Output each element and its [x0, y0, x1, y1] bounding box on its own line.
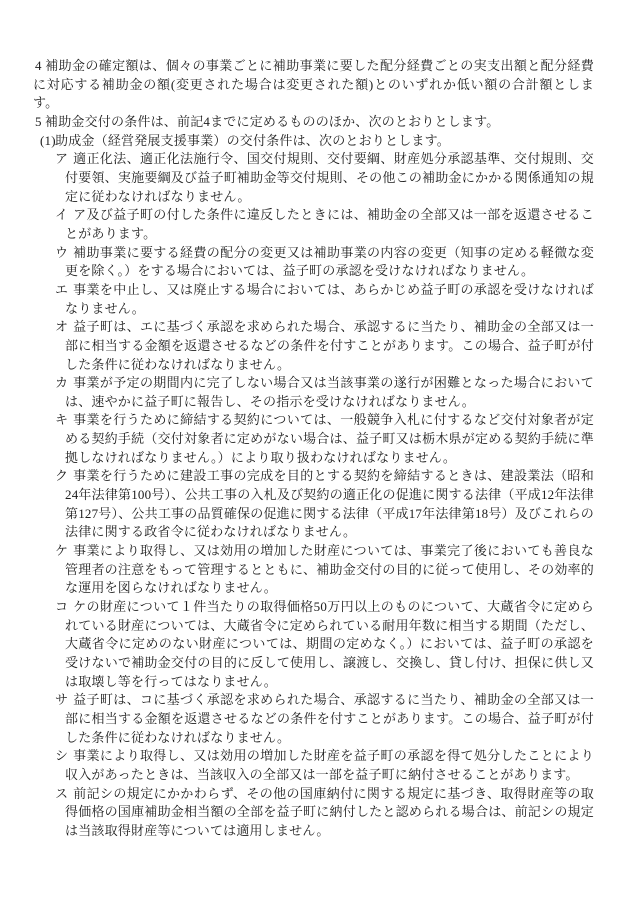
- item-text: 補助金の確定額は、個々の事業ごとに補助事業に要した配分経費ごとの実支出額と配分経…: [33, 58, 594, 110]
- item-marker: (1): [40, 132, 55, 151]
- list-item-i: イア及び益子町の付した条件に違反したときには、補助金の全部又は一部を返還させるこ…: [0, 206, 594, 243]
- list-item-1-paren: (1)助成金（経営発展支援事業）の交付条件は、次のとおりとします。: [0, 132, 594, 151]
- item-marker: シ: [55, 747, 73, 766]
- list-item-4: 4補助金の確定額は、個々の事業ごとに補助事業に要した配分経費ごとの実支出額と配分…: [0, 57, 594, 113]
- list-item-a: ア適正化法、適正化法施行令、国交付規則、交付要綱、財産処分承認基準、交付規則、交…: [0, 150, 594, 206]
- list-item-ka: カ事業が予定の期間内に完了しない場合又は当該事業の遂行が困難となった場合において…: [0, 374, 594, 411]
- item-text: 補助金交付の条件は、前記4までに定めるもののほか、次のとおりとします。: [45, 114, 499, 129]
- item-text: 益子町は、コに基づく承認を求められた場合、承認するに当たり、補助金の全部又は一部…: [65, 692, 594, 744]
- item-text: 事業を行うために締結する契約については、一般競争入札に付するなど交付対象者が定め…: [65, 412, 594, 464]
- item-text: 事業を中止し、又は廃止する場合においては、あらかじめ益子町の承認を受けなければな…: [65, 282, 594, 316]
- list-item-o: オ益子町は、エに基づく承認を求められた場合、承認するに当たり、補助金の全部又は一…: [0, 318, 594, 374]
- item-marker: ス: [55, 785, 73, 804]
- item-text: 補助事業に要する経費の配分の変更又は補助事業の内容の変更（知事の定める軽微な変更…: [65, 245, 594, 279]
- item-text: 事業により取得し、又は効用の増加した財産を益子町の承認を得て処分したことにより収…: [65, 748, 594, 782]
- item-marker: オ: [55, 318, 73, 337]
- list-item-ki: キ事業を行うために締結する契約については、一般競争入札に付するなど交付対象者が定…: [0, 411, 594, 467]
- item-text: 事業により取得し、又は効用の増加した財産については、事業完了後においても善良な管…: [65, 543, 594, 595]
- list-item-su: ス前記シの規定にかかわらず、その他の国庫納付に関する規定に基づき、取得財産等の取…: [0, 785, 594, 841]
- item-marker: エ: [55, 281, 73, 300]
- item-marker: カ: [55, 374, 73, 393]
- item-marker: 4: [35, 57, 45, 76]
- list-item-shi: シ事業により取得し、又は効用の増加した財産を益子町の承認を得て処分したことにより…: [0, 747, 594, 784]
- item-text: 益子町は、エに基づく承認を求められた場合、承認するに当たり、補助金の全部又は一部…: [65, 319, 594, 371]
- list-item-ko: コケの財産について１件当たりの取得価格50万円以上のものについて、大蔵省令に定め…: [0, 598, 594, 691]
- item-marker: コ: [55, 598, 73, 617]
- item-marker: キ: [55, 411, 73, 430]
- item-marker: ク: [55, 467, 73, 486]
- item-marker: 5: [35, 113, 45, 132]
- item-text: ア及び益子町の付した条件に違反したときには、補助金の全部又は一部を返還させること…: [65, 207, 594, 241]
- list-item-5: 5補助金交付の条件は、前記4までに定めるもののほか、次のとおりとします。: [0, 113, 594, 132]
- list-item-ke: ケ事業により取得し、又は効用の増加した財産については、事業完了後においても善良な…: [0, 542, 594, 598]
- item-text: ケの財産について１件当たりの取得価格50万円以上のものについて、大蔵省令に定めら…: [65, 599, 594, 689]
- item-marker: ケ: [55, 542, 73, 561]
- item-marker: ア: [55, 150, 73, 169]
- list-item-ku: ク事業を行うために建設工事の完成を目的とする契約を締結するときは、建設業法（昭和…: [0, 467, 594, 542]
- item-marker: イ: [55, 206, 73, 225]
- item-text: 前記シの規定にかかわらず、その他の国庫納付に関する規定に基づき、取得財産等の取得…: [65, 786, 594, 838]
- item-marker: ウ: [55, 244, 73, 263]
- document-page: 4補助金の確定額は、個々の事業ごとに補助事業に要した配分経費ごとの実支出額と配分…: [0, 0, 630, 903]
- item-text: 事業を行うために建設工事の完成を目的とする契約を締結するときは、建設業法（昭和2…: [65, 468, 594, 539]
- document-body: 4補助金の確定額は、個々の事業ごとに補助事業に要した配分経費ごとの実支出額と配分…: [0, 57, 594, 841]
- item-text: 事業が予定の期間内に完了しない場合又は当該事業の遂行が困難となった場合においては…: [65, 375, 594, 409]
- item-text: 助成金（経営発展支援事業）の交付条件は、次のとおりとします。: [55, 133, 450, 148]
- list-item-e: エ事業を中止し、又は廃止する場合においては、あらかじめ益子町の承認を受けなければ…: [0, 281, 594, 318]
- item-marker: サ: [55, 691, 73, 710]
- list-item-u: ウ補助事業に要する経費の配分の変更又は補助事業の内容の変更（知事の定める軽微な変…: [0, 244, 594, 281]
- list-item-sa: サ益子町は、コに基づく承認を求められた場合、承認するに当たり、補助金の全部又は一…: [0, 691, 594, 747]
- item-text: 適正化法、適正化法施行令、国交付規則、交付要綱、財産処分承認基準、交付規則、交付…: [65, 151, 594, 203]
